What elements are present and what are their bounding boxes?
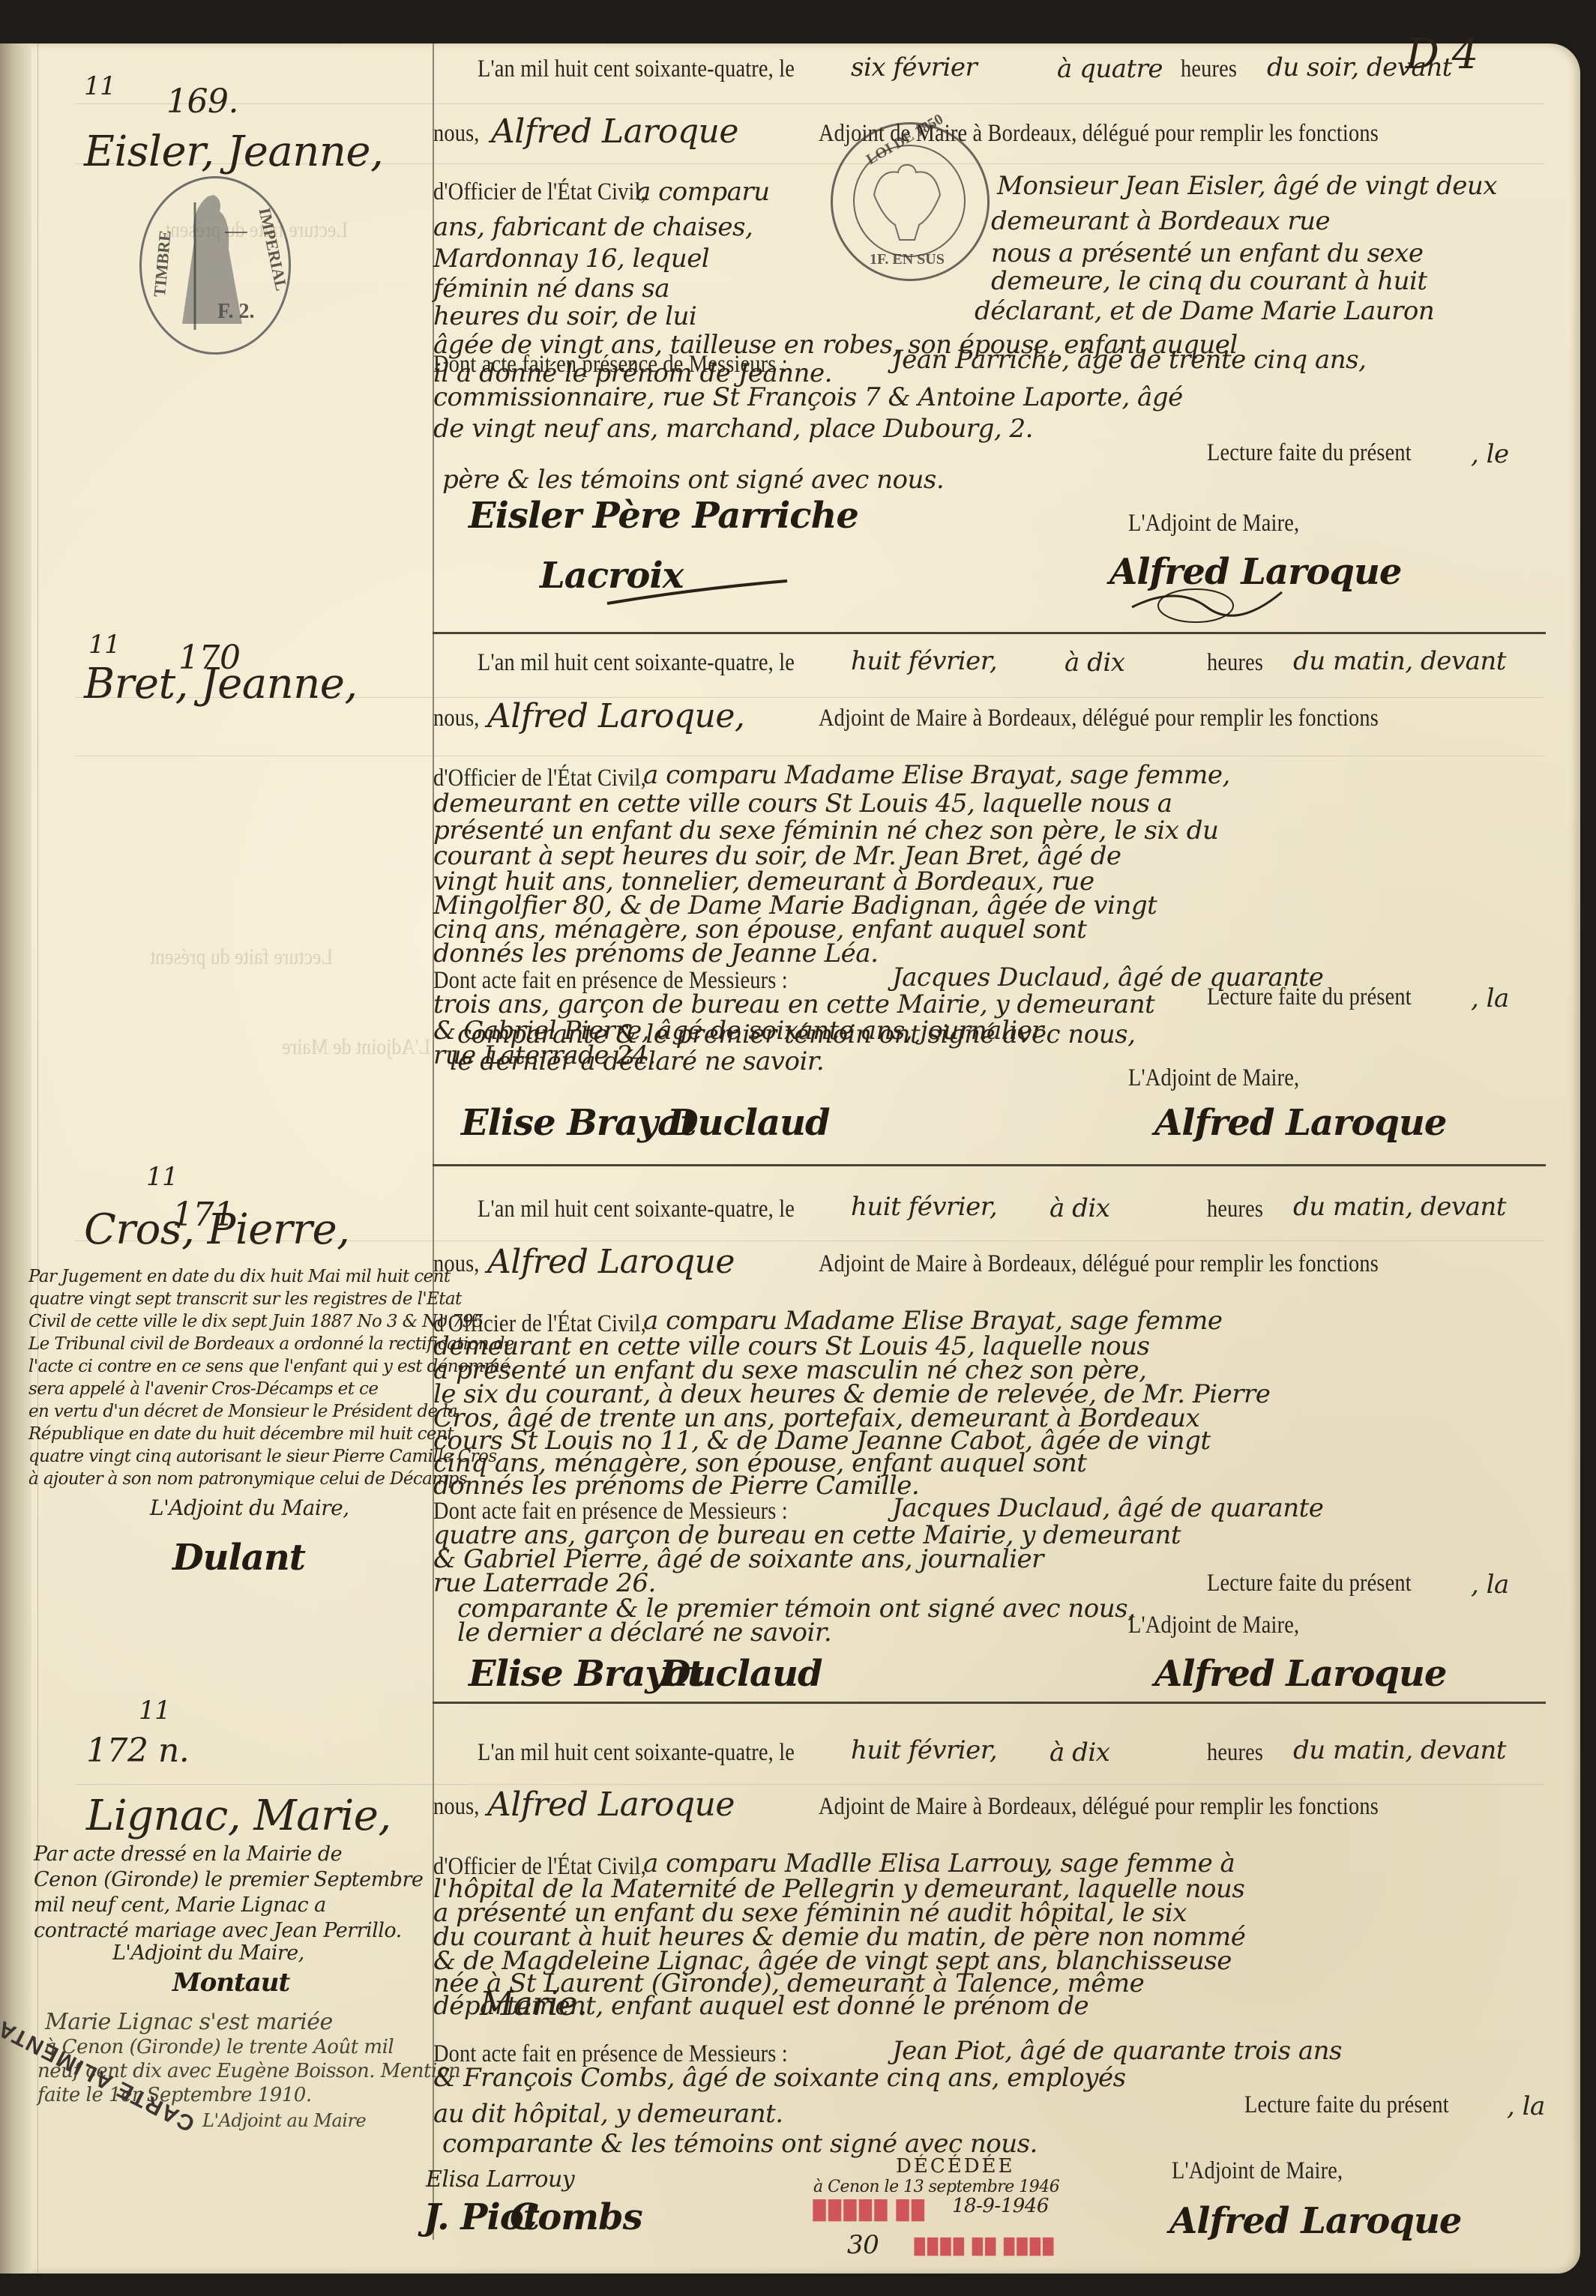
record-date: six février <box>851 52 977 82</box>
record-body-line: Monsieur Jean Eisler, âgé de vingt deux <box>997 171 1497 201</box>
printed-nous: nous, <box>433 1793 480 1821</box>
printed-adjoint: L'Adjoint de Maire, <box>1128 510 1299 537</box>
officer-name: Alfred Laroque <box>487 1243 735 1281</box>
closing-line: comparante & le premier témoin ont signé… <box>457 1019 1135 1049</box>
printed-line-1: L'an mil huit cent soixante-quatre, le <box>478 1196 795 1223</box>
bleed-through-text: L'Adjoint de Maire <box>282 1034 430 1060</box>
record-separator <box>433 632 1546 634</box>
record-hour: à dix <box>1064 648 1124 678</box>
signature: Elisa Larrouy <box>426 2166 574 2193</box>
printed-nous: nous, <box>433 120 480 148</box>
signature: Duclaud <box>667 1102 830 1144</box>
record-body-line: demeurant à Bordeaux rue <box>991 206 1330 236</box>
printed-lecture: Lecture faite du présent <box>1244 2091 1449 2119</box>
printed-adjoint: L'Adjoint de Maire, <box>1172 2157 1343 2185</box>
lecture-suffix: , la <box>1471 983 1509 1013</box>
printed-adjoint: L'Adjoint de Maire, <box>1128 1064 1299 1092</box>
record-body-line: déclarant, et de Dame Marie Lauron <box>975 296 1434 326</box>
record-period: du matin, devant <box>1293 1192 1506 1222</box>
printed-heures: heures <box>1207 1739 1263 1767</box>
printed-line-2: Adjoint de Maire à Bordeaux, délégué pou… <box>819 705 1379 732</box>
justice-figure-icon <box>172 187 255 337</box>
binding-gutter <box>0 43 31 2274</box>
printed-line-4: Dont acte fait en présence de Messieurs … <box>433 351 788 379</box>
officer-name: Alfred Laroque, <box>487 697 744 735</box>
ruled-line <box>75 103 1544 104</box>
record-period: du matin, devant <box>1293 1735 1506 1765</box>
printed-lecture: Lecture faite du présent <box>1207 983 1412 1011</box>
record-number: 169. <box>166 82 238 121</box>
record-body-line: a comparu Madame Elise Brayat, sage femm… <box>643 760 1230 790</box>
witness-line: Jean Piot, âgé de quarante trois ans <box>892 2036 1342 2066</box>
witness-line: commissionnaire, rue St François 7 & Ant… <box>433 382 1183 412</box>
record-period: du soir, devant <box>1267 52 1452 82</box>
printed-adjoint: L'Adjoint de Maire, <box>1128 1612 1299 1639</box>
printed-nous: nous, <box>433 705 480 732</box>
officer-name: Alfred Laroque <box>487 1786 735 1824</box>
bleed-through-text: Lecture faite du présent <box>150 944 333 970</box>
ruled-line <box>75 756 1544 756</box>
record-hour: à dix <box>1050 1738 1109 1768</box>
signature-flourish-icon <box>600 577 795 615</box>
officer-name: Alfred Laroque <box>491 112 738 151</box>
closing-line: père & les témoins ont signé avec nous. <box>442 465 944 495</box>
witness-line: Jean Parriche, âgé de trente cinq ans, <box>892 345 1366 375</box>
record-period: du matin, devant <box>1293 646 1506 676</box>
record-body-line: a comparu <box>636 177 770 207</box>
record-body-line: ans, fabricant de chaises, <box>433 212 753 242</box>
signature: Duclaud <box>660 1653 822 1695</box>
printed-heures: heures <box>1181 55 1237 83</box>
record-mark: 11 <box>88 630 120 660</box>
record-body-line: Mardonnay 16, lequel <box>433 244 709 274</box>
printed-line-1: L'an mil huit cent soixante-quatre, le <box>478 55 795 83</box>
record-body-line: Marie. <box>480 1985 587 2023</box>
witness-line: trois ans, garçon de bureau en cette Mai… <box>433 989 1154 1019</box>
witness-line: de vingt neuf ans, marchand, place Dubou… <box>433 414 1033 444</box>
record-body-line: heures du soir, de lui <box>433 301 696 331</box>
printed-line-1: L'an mil huit cent soixante-quatre, le <box>478 1739 795 1767</box>
record-body-line: demeure, le cinq du courant à huit <box>991 266 1427 296</box>
record-name: Eisler, Jeanne, <box>84 127 383 176</box>
record-name: Bret, Jeanne, <box>84 660 358 708</box>
printed-lecture: Lecture faite du présent <box>1207 1570 1412 1597</box>
record-hour: à dix <box>1050 1193 1109 1223</box>
signature: Eisler Père Parriche <box>469 495 858 537</box>
record-body-line: donnés les prénoms de Jeanne Léa. <box>433 938 878 968</box>
record-date: huit février, <box>851 646 997 676</box>
record-mark: 11 <box>139 1696 170 1726</box>
adjoint-signature: Alfred Laroque <box>1169 2200 1461 2242</box>
ruled-line <box>75 1784 1544 1785</box>
closing-line: le dernier a déclaré ne savoir. <box>450 1046 824 1076</box>
lecture-suffix: , la <box>1507 2091 1545 2121</box>
eagle-icon <box>870 157 945 247</box>
signature-flourish-icon <box>1124 577 1289 630</box>
witness-line: & François Combs, âgé de soixante cinq a… <box>433 2063 1126 2093</box>
witness-line: Jacques Duclaud, âgé de quarante <box>892 1493 1323 1523</box>
record-separator <box>433 1164 1546 1166</box>
lecture-suffix: , le <box>1471 439 1509 469</box>
printed-line-3: d'Officier de l'État Civil, <box>433 178 646 206</box>
record-date: huit février, <box>851 1735 997 1765</box>
printed-line-2: Adjoint de Maire à Bordeaux, délégué pou… <box>819 1793 1379 1821</box>
record-body-line: demeurant en cette ville cours St Louis … <box>433 789 1172 819</box>
printed-nous: nous, <box>433 1250 480 1278</box>
record-date: huit février, <box>851 1192 997 1222</box>
adjoint-signature: Alfred Laroque <box>1154 1653 1446 1695</box>
printed-heures: heures <box>1207 649 1263 677</box>
printed-heures: heures <box>1207 1196 1263 1223</box>
closing-line: comparante & les témoins ont signé avec … <box>442 2129 1038 2159</box>
signature: Combs <box>510 2196 642 2238</box>
printed-line-1: L'an mil huit cent soixante-quatre, le <box>478 649 795 677</box>
record-name: Cros, Pierre, <box>84 1205 349 1254</box>
record-body-line: donnés les prénoms de Pierre Camille. <box>433 1471 919 1501</box>
lecture-suffix: , la <box>1471 1570 1509 1600</box>
record-mark: 11 <box>84 71 115 101</box>
signature: Elise Brayat <box>461 1102 696 1144</box>
record-number: 172 n. <box>86 1732 189 1770</box>
printed-line-2: Adjoint de Maire à Bordeaux, délégué pou… <box>819 1250 1379 1278</box>
record-separator <box>433 1702 1546 1704</box>
adjoint-signature: Alfred Laroque <box>1154 1102 1446 1144</box>
witness-line: au dit hôpital, y demeurant. <box>433 2099 783 2129</box>
record-mark: 11 <box>146 1162 178 1192</box>
record-name: Lignac, Marie, <box>86 1792 391 1840</box>
record-body-line: nous a présenté un enfant du sexe <box>991 238 1423 268</box>
record-hour: à quatre <box>1057 54 1163 84</box>
record-body-line: féminin né dans sa <box>433 274 669 304</box>
closing-line: le dernier a déclaré ne savoir. <box>457 1618 831 1648</box>
printed-lecture: Lecture faite du présent <box>1207 439 1412 467</box>
